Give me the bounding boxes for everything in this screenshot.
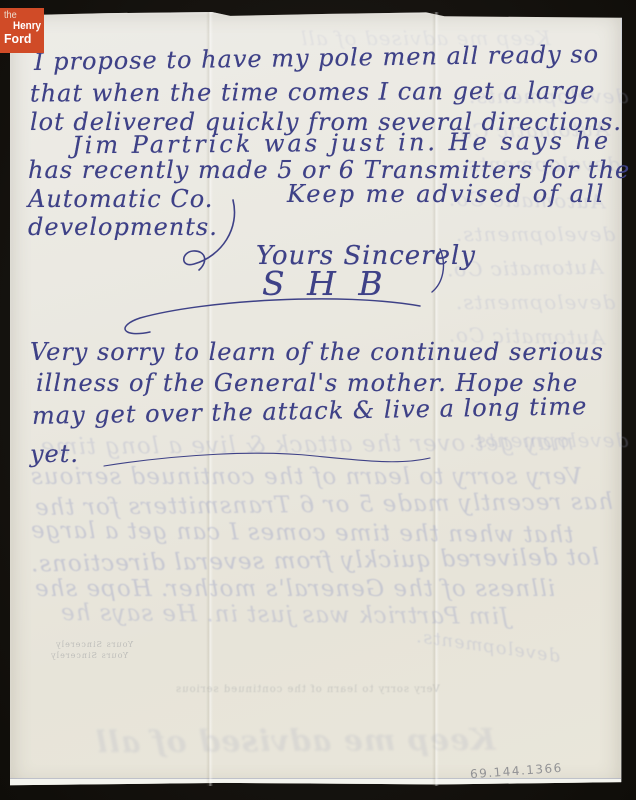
bleed-through-letterhead-large: Keep me advised of all: [95, 723, 496, 761]
bleed-through-line: that when the time comes I can get a lar…: [30, 518, 574, 549]
letter-line-4: Jim Partrick was just in. He says he: [72, 127, 611, 160]
bleed-through-letterhead-line: Very sorry to learn of the continued ser…: [175, 684, 440, 695]
bleed-through-line: developments.: [455, 290, 615, 314]
henry-ford-logo: the Henry Ford: [0, 8, 44, 53]
postscript-line-1: Very sorry to learn of the continued ser…: [30, 338, 604, 366]
automatic-co-flourish: [178, 196, 240, 282]
postscript-flourish: [100, 448, 440, 474]
sincerely-tail-flourish: [430, 247, 446, 295]
bleed-through-line: developments.: [455, 222, 615, 246]
letter-line-2: that when the time comes I can get a lar…: [30, 77, 595, 108]
bleed-through-line: Jim Partrick was just in. He says he: [60, 600, 509, 630]
bleed-through-letterhead-small: Yours Sincerely: [50, 651, 128, 660]
letter-line-7: Keep me advised of all: [287, 180, 605, 208]
bleed-through-letterhead-small: Yours Sincerely: [55, 640, 133, 649]
archival-photo: Keep me advised of all developments. Aut…: [0, 0, 636, 800]
paper-edge-highlight: [10, 779, 621, 786]
signature-flourish: [112, 298, 432, 340]
logo-text-ford: Ford: [4, 31, 31, 46]
postscript-line-4: yet.: [30, 440, 79, 468]
bleed-through-line: illness of the General's mother. Hope sh…: [34, 576, 555, 602]
